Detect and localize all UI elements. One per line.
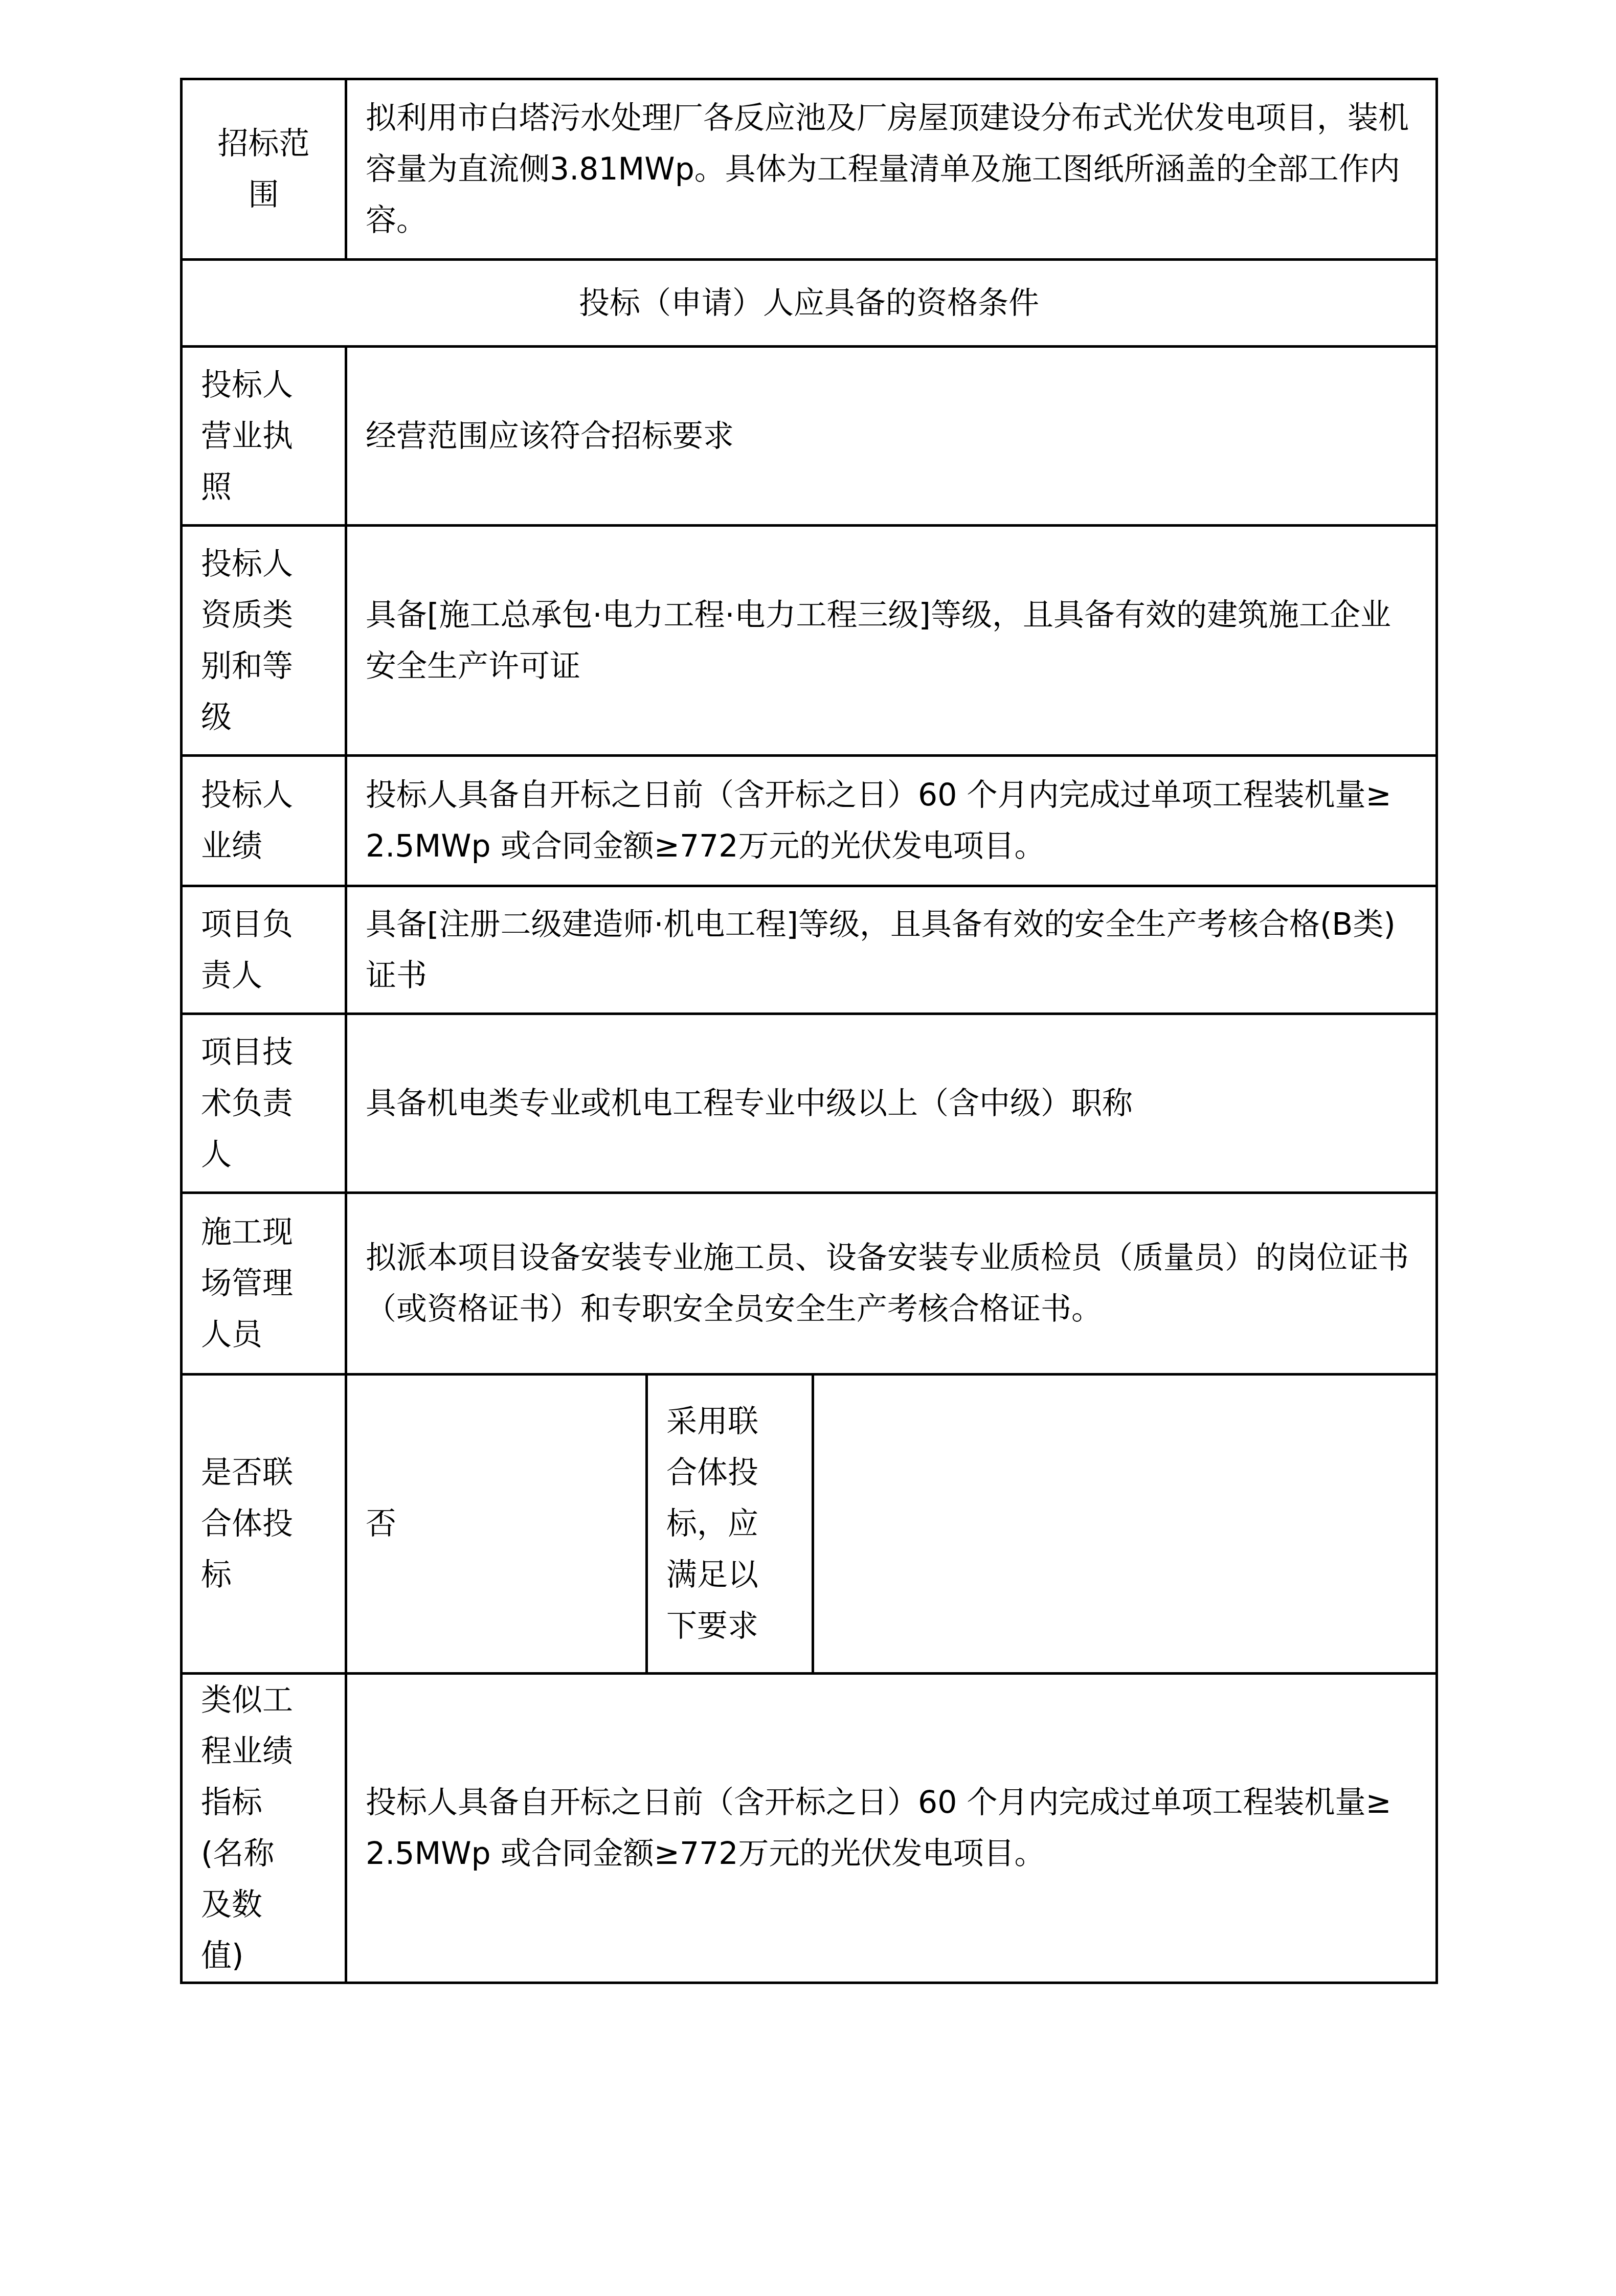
joint-bid-label-cell: 是否联合体投标 [182, 1375, 346, 1674]
table-row-bidder-performance: 投标人业绩 投标人具备自开标之日前（含开标之日）60 个月内完成过单项工程装机量… [182, 756, 1437, 886]
scope-content: 拟利用市白塔污水处理厂各反应池及厂房屋顶建设分布式光伏发电项目，装机容量为直流侧… [366, 100, 1409, 238]
section-header: 投标（申请）人应具备的资格条件 [182, 260, 1437, 347]
row-content-cell: 投标人具备自开标之日前（含开标之日）60 个月内完成过单项工程装机量≥2.5MW… [346, 756, 1437, 886]
scope-label-cell: 招标范围 [182, 79, 346, 260]
joint-bid-requirement-content-cell [813, 1375, 1437, 1674]
similar-performance-content: 投标人具备自开标之日前（含开标之日）60 个月内完成过单项工程装机量≥2.5MW… [366, 1785, 1391, 1872]
similar-performance-content-cell: 投标人具备自开标之日前（含开标之日）60 个月内完成过单项工程装机量≥2.5MW… [346, 1674, 1437, 1983]
row-content: 经营范围应该符合招标要求 [366, 418, 734, 454]
table-row-joint-bid: 是否联合体投标 否 采用联合体投标，应满足以下要求 [182, 1375, 1437, 1674]
row-label: 投标人营业执照 [201, 359, 298, 513]
row-content-cell: 拟派本项目设备安装专业施工员、设备安装专业质检员（质量员）的岗位证书（或资格证书… [346, 1193, 1437, 1375]
joint-bid-requirement-label-cell: 采用联合体投标，应满足以下要求 [647, 1375, 813, 1674]
table-row-project-manager: 项目负责人 具备[注册二级建造师·机电工程]等级，且具备有效的安全生产考核合格(… [182, 886, 1437, 1014]
table-row-technical-lead: 项目技术负责人 具备机电类专业或机电工程专业中级以上（含中级）职称 [182, 1014, 1437, 1193]
table-row-business-license: 投标人营业执照 经营范围应该符合招标要求 [182, 347, 1437, 526]
row-label-cell: 投标人资质类别和等级 [182, 526, 346, 756]
table-row-similar-performance: 类似工程业绩指标(名称及数值) 投标人具备自开标之日前（含开标之日）60 个月内… [182, 1674, 1437, 1983]
row-label: 项目技术负责人 [201, 1027, 298, 1180]
row-label: 项目负责人 [201, 899, 298, 1001]
row-label-cell: 施工现场管理人员 [182, 1193, 346, 1375]
row-content: 具备机电类专业或机电工程专业中级以上（含中级）职称 [366, 1086, 1133, 1121]
joint-bid-value: 否 [366, 1506, 396, 1542]
scope-content-cell: 拟利用市白塔污水处理厂各反应池及厂房屋顶建设分布式光伏发电项目，装机容量为直流侧… [346, 79, 1437, 260]
row-label: 投标人业绩 [201, 770, 298, 872]
row-label-cell: 投标人业绩 [182, 756, 346, 886]
row-content: 投标人具备自开标之日前（含开标之日）60 个月内完成过单项工程装机量≥2.5MW… [366, 777, 1391, 864]
row-content-cell: 具备机电类专业或机电工程专业中级以上（含中级）职称 [346, 1014, 1437, 1193]
qualification-table: 招标范围 拟利用市白塔污水处理厂各反应池及厂房屋顶建设分布式光伏发电项目，装机容… [180, 78, 1438, 1984]
row-label-cell: 项目技术负责人 [182, 1014, 346, 1193]
row-label: 投标人资质类别和等级 [201, 538, 298, 743]
row-label-cell: 项目负责人 [182, 886, 346, 1014]
scope-row: 招标范围 拟利用市白塔污水处理厂各反应池及厂房屋顶建设分布式光伏发电项目，装机容… [182, 79, 1437, 260]
table-row-site-management: 施工现场管理人员 拟派本项目设备安装专业施工员、设备安装专业质检员（质量员）的岗… [182, 1193, 1437, 1375]
row-label: 施工现场管理人员 [201, 1207, 298, 1360]
row-content: 拟派本项目设备安装专业施工员、设备安装专业质检员（质量员）的岗位证书（或资格证书… [366, 1240, 1409, 1327]
similar-performance-label: 类似工程业绩指标(名称及数值) [201, 1675, 303, 1982]
joint-bid-requirement-label: 采用联合体投标，应满足以下要求 [666, 1396, 764, 1652]
row-content-cell: 具备[注册二级建造师·机电工程]等级，且具备有效的安全生产考核合格(B类)证书 [346, 886, 1437, 1014]
row-content: 具备[注册二级建造师·机电工程]等级，且具备有效的安全生产考核合格(B类)证书 [366, 907, 1396, 994]
similar-performance-label-cell: 类似工程业绩指标(名称及数值) [182, 1674, 346, 1983]
row-content: 具备[施工总承包·电力工程·电力工程三级]等级，且具备有效的建筑施工企业安全生产… [366, 597, 1391, 684]
section-header-row: 投标（申请）人应具备的资格条件 [182, 260, 1437, 347]
joint-bid-label: 是否联合体投标 [201, 1447, 298, 1601]
row-content-cell: 经营范围应该符合招标要求 [346, 347, 1437, 526]
row-content-cell: 具备[施工总承包·电力工程·电力工程三级]等级，且具备有效的建筑施工企业安全生产… [346, 526, 1437, 756]
scope-label: 招标范围 [213, 118, 315, 220]
table-row-qualification-grade: 投标人资质类别和等级 具备[施工总承包·电力工程·电力工程三级]等级，且具备有效… [182, 526, 1437, 756]
row-label-cell: 投标人营业执照 [182, 347, 346, 526]
joint-bid-value-cell: 否 [346, 1375, 647, 1674]
